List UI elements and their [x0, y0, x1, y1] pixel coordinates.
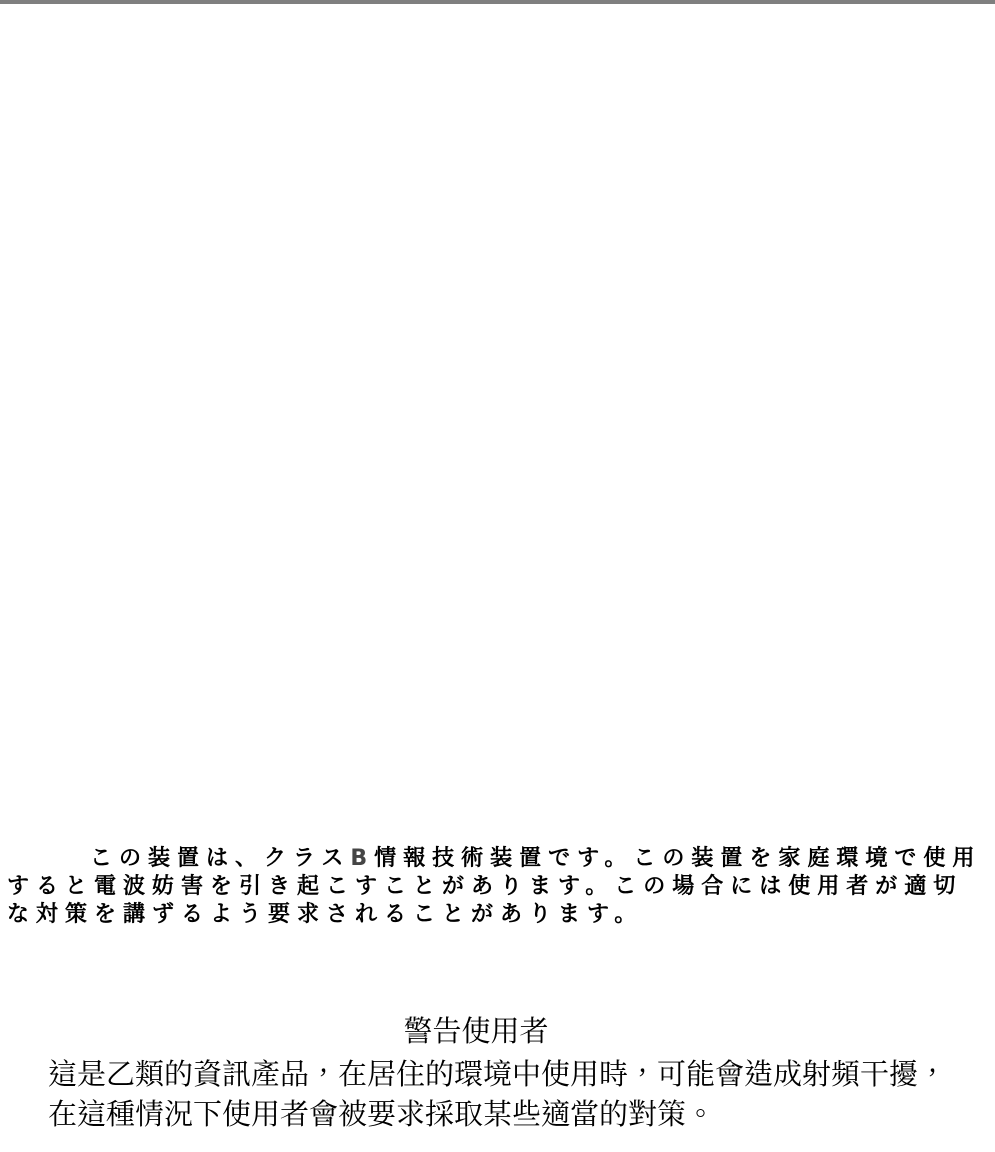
vcci-class-b-notice: この装置は、クラスB情報技術装置です。この装置を家庭環境で使用 すると電波妨害を…	[7, 845, 992, 929]
bsmi-warning-line-1: 這是乙類的資訊產品，在居住的環境中使用時，可能會造成射頻干擾，	[48, 1054, 988, 1094]
vcci-notice-line-1: この装置は、クラスB情報技術装置です。この装置を家庭環境で使用	[7, 845, 992, 873]
bsmi-warning-heading: 警告使用者	[0, 1013, 952, 1049]
vcci-notice-line-3: な対策を講ずるよう要求されることがあります。	[7, 901, 992, 929]
vcci-line1-suffix: 情報技術装置です。この装置を家庭環境で使用	[374, 846, 981, 871]
vcci-notice-line-2: すると電波妨害を引き起こすことがあります。この場合には使用者が適切	[7, 873, 992, 901]
vcci-class-b-letter: B	[350, 846, 374, 871]
document-page: { "page": { "background": "#ffffff", "to…	[0, 0, 995, 1152]
vcci-line1-prefix: この装置は、クラス	[90, 846, 350, 871]
bsmi-warning-line-2: 在這種情況下使用者會被要求採取某些適當的對策。	[48, 1094, 988, 1134]
bsmi-warning-body: 這是乙類的資訊產品，在居住的環境中使用時，可能會造成射頻干擾， 在這種情況下使用…	[48, 1054, 988, 1134]
page-top-border	[0, 0, 995, 4]
